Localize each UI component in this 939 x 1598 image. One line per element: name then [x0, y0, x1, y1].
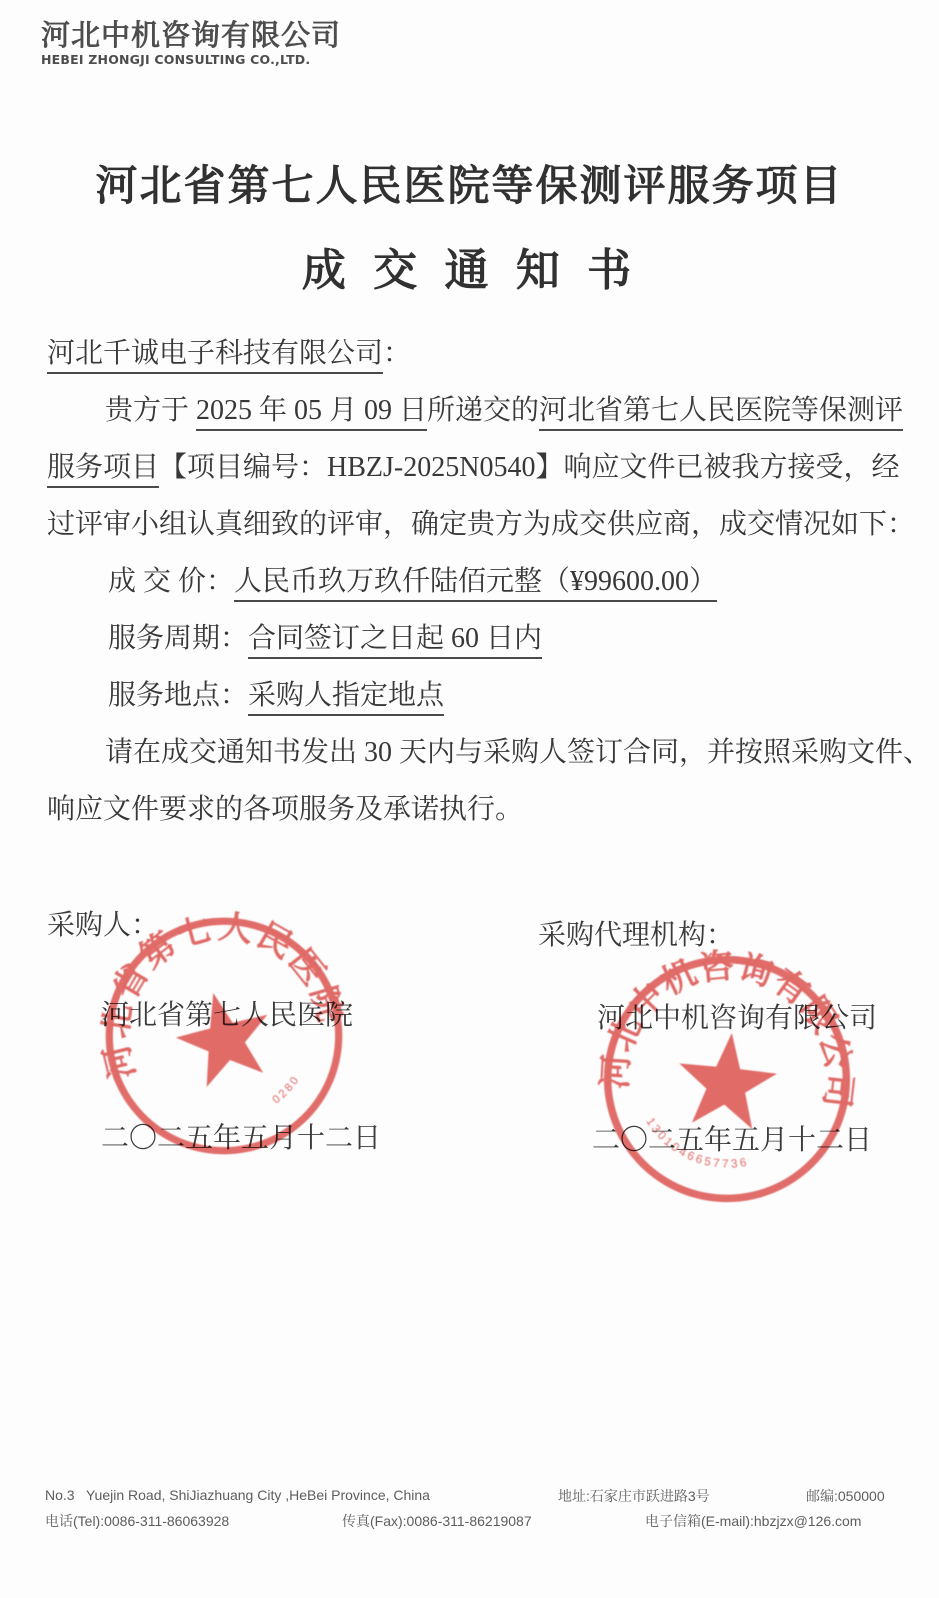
p2-text: 请在成交通知书发出 30 天内与采购人签订合同，并按照采购文件、 [105, 737, 931, 768]
project-number-text: 【项目编号：HBZJ-2025N0540】响应文件已被我方接受，经 [159, 452, 899, 483]
notice-body: 河北千诚电子科技有限公司： 贵方于 2025 年 05 月 09 日所递交的河北… [47, 325, 893, 838]
company-name-en: HEBEI ZHONGJI CONSULTING CO.,LTD. [41, 52, 341, 67]
paragraph1-line3: 过评审小组认真细致的评审，确定贵方为成交供应商，成交情况如下： [47, 496, 893, 553]
recipient-colon: ： [383, 338, 411, 369]
service-place-value: 采购人指定地点 [248, 680, 444, 716]
svg-text:0280: 0280 [266, 1071, 307, 1108]
submission-date: 2025 年 05 月 09 日 [196, 395, 427, 431]
service-period-line: 服务周期：合同签订之日起 60 日内 [47, 610, 893, 667]
notice-title: 成 交 通 知 书 [0, 234, 939, 298]
letterhead: 河北中机咨询有限公司 HEBEI ZHONGJI CONSULTING CO.,… [41, 20, 341, 67]
footer-postcode: 邮编:050000 [806, 1486, 885, 1506]
footer-fax: 传真(Fax):0086-311-86219087 [342, 1511, 532, 1531]
recipient-name: 河北千诚电子科技有限公司 [47, 338, 383, 374]
footer-telephone: 电话(Tel):0086-311-86063928 [45, 1511, 229, 1531]
paragraph2-line2: 响应文件要求的各项服务及承诺执行。 [47, 781, 893, 838]
price-line: 成 交 价：人民币玖万玖仟陆佰元整（¥99600.00） [47, 553, 893, 610]
p1-text: 所递交的 [427, 395, 539, 426]
recipient-line: 河北千诚电子科技有限公司： [47, 325, 893, 382]
svg-text:1301046657736: 1301046657736 [639, 1114, 754, 1174]
document-page: 河北中机咨询有限公司 HEBEI ZHONGJI CONSULTING CO.,… [0, 0, 939, 1598]
price-value: 人民币玖万玖仟陆佰元整（¥99600.00） [234, 566, 717, 602]
footer-email: 电子信箱(E-mail):hbzjzx@126.com [645, 1511, 861, 1531]
service-period-value: 合同签订之日起 60 日内 [248, 623, 542, 659]
price-label: 成 交 价： [108, 566, 234, 597]
service-place-label: 服务地点： [108, 680, 248, 711]
p1-text: 过评审小组认真细致的评审，确定贵方为成交供应商，成交情况如下： [47, 509, 915, 540]
paragraph1-line2: 服务项目【项目编号：HBZJ-2025N0540】响应文件已被我方接受，经 [47, 439, 893, 496]
p1-text: 贵方于 [105, 395, 196, 426]
service-place-line: 服务地点：采购人指定地点 [47, 667, 893, 724]
seal-star-icon [167, 981, 280, 1091]
company-name-cn: 河北中机咨询有限公司 [41, 20, 341, 50]
project-title: 河北省第七人民医院等保测评服务项目 [0, 153, 939, 213]
paragraph2-line1: 请在成交通知书发出 30 天内与采购人签订合同，并按照采购文件、 [47, 724, 893, 781]
project-name-part1: 河北省第七人民医院等保测评 [539, 395, 903, 431]
service-period-label: 服务周期： [108, 623, 248, 654]
p2-text: 响应文件要求的各项服务及承诺执行。 [47, 794, 523, 825]
paragraph1-line1: 贵方于 2025 年 05 月 09 日所递交的河北省第七人民医院等保测评 [47, 382, 893, 439]
seal-star-icon [673, 1028, 780, 1131]
project-name-part2: 服务项目 [47, 452, 159, 488]
footer-address-en: No.3 Yuejin Road, ShiJiazhuang City ,HeB… [45, 1487, 430, 1503]
footer-address-cn: 地址:石家庄市跃进路3号 [558, 1486, 710, 1506]
agent-official-seal-icon: 河北中机咨询有限公司 1301046657736 [585, 937, 869, 1221]
